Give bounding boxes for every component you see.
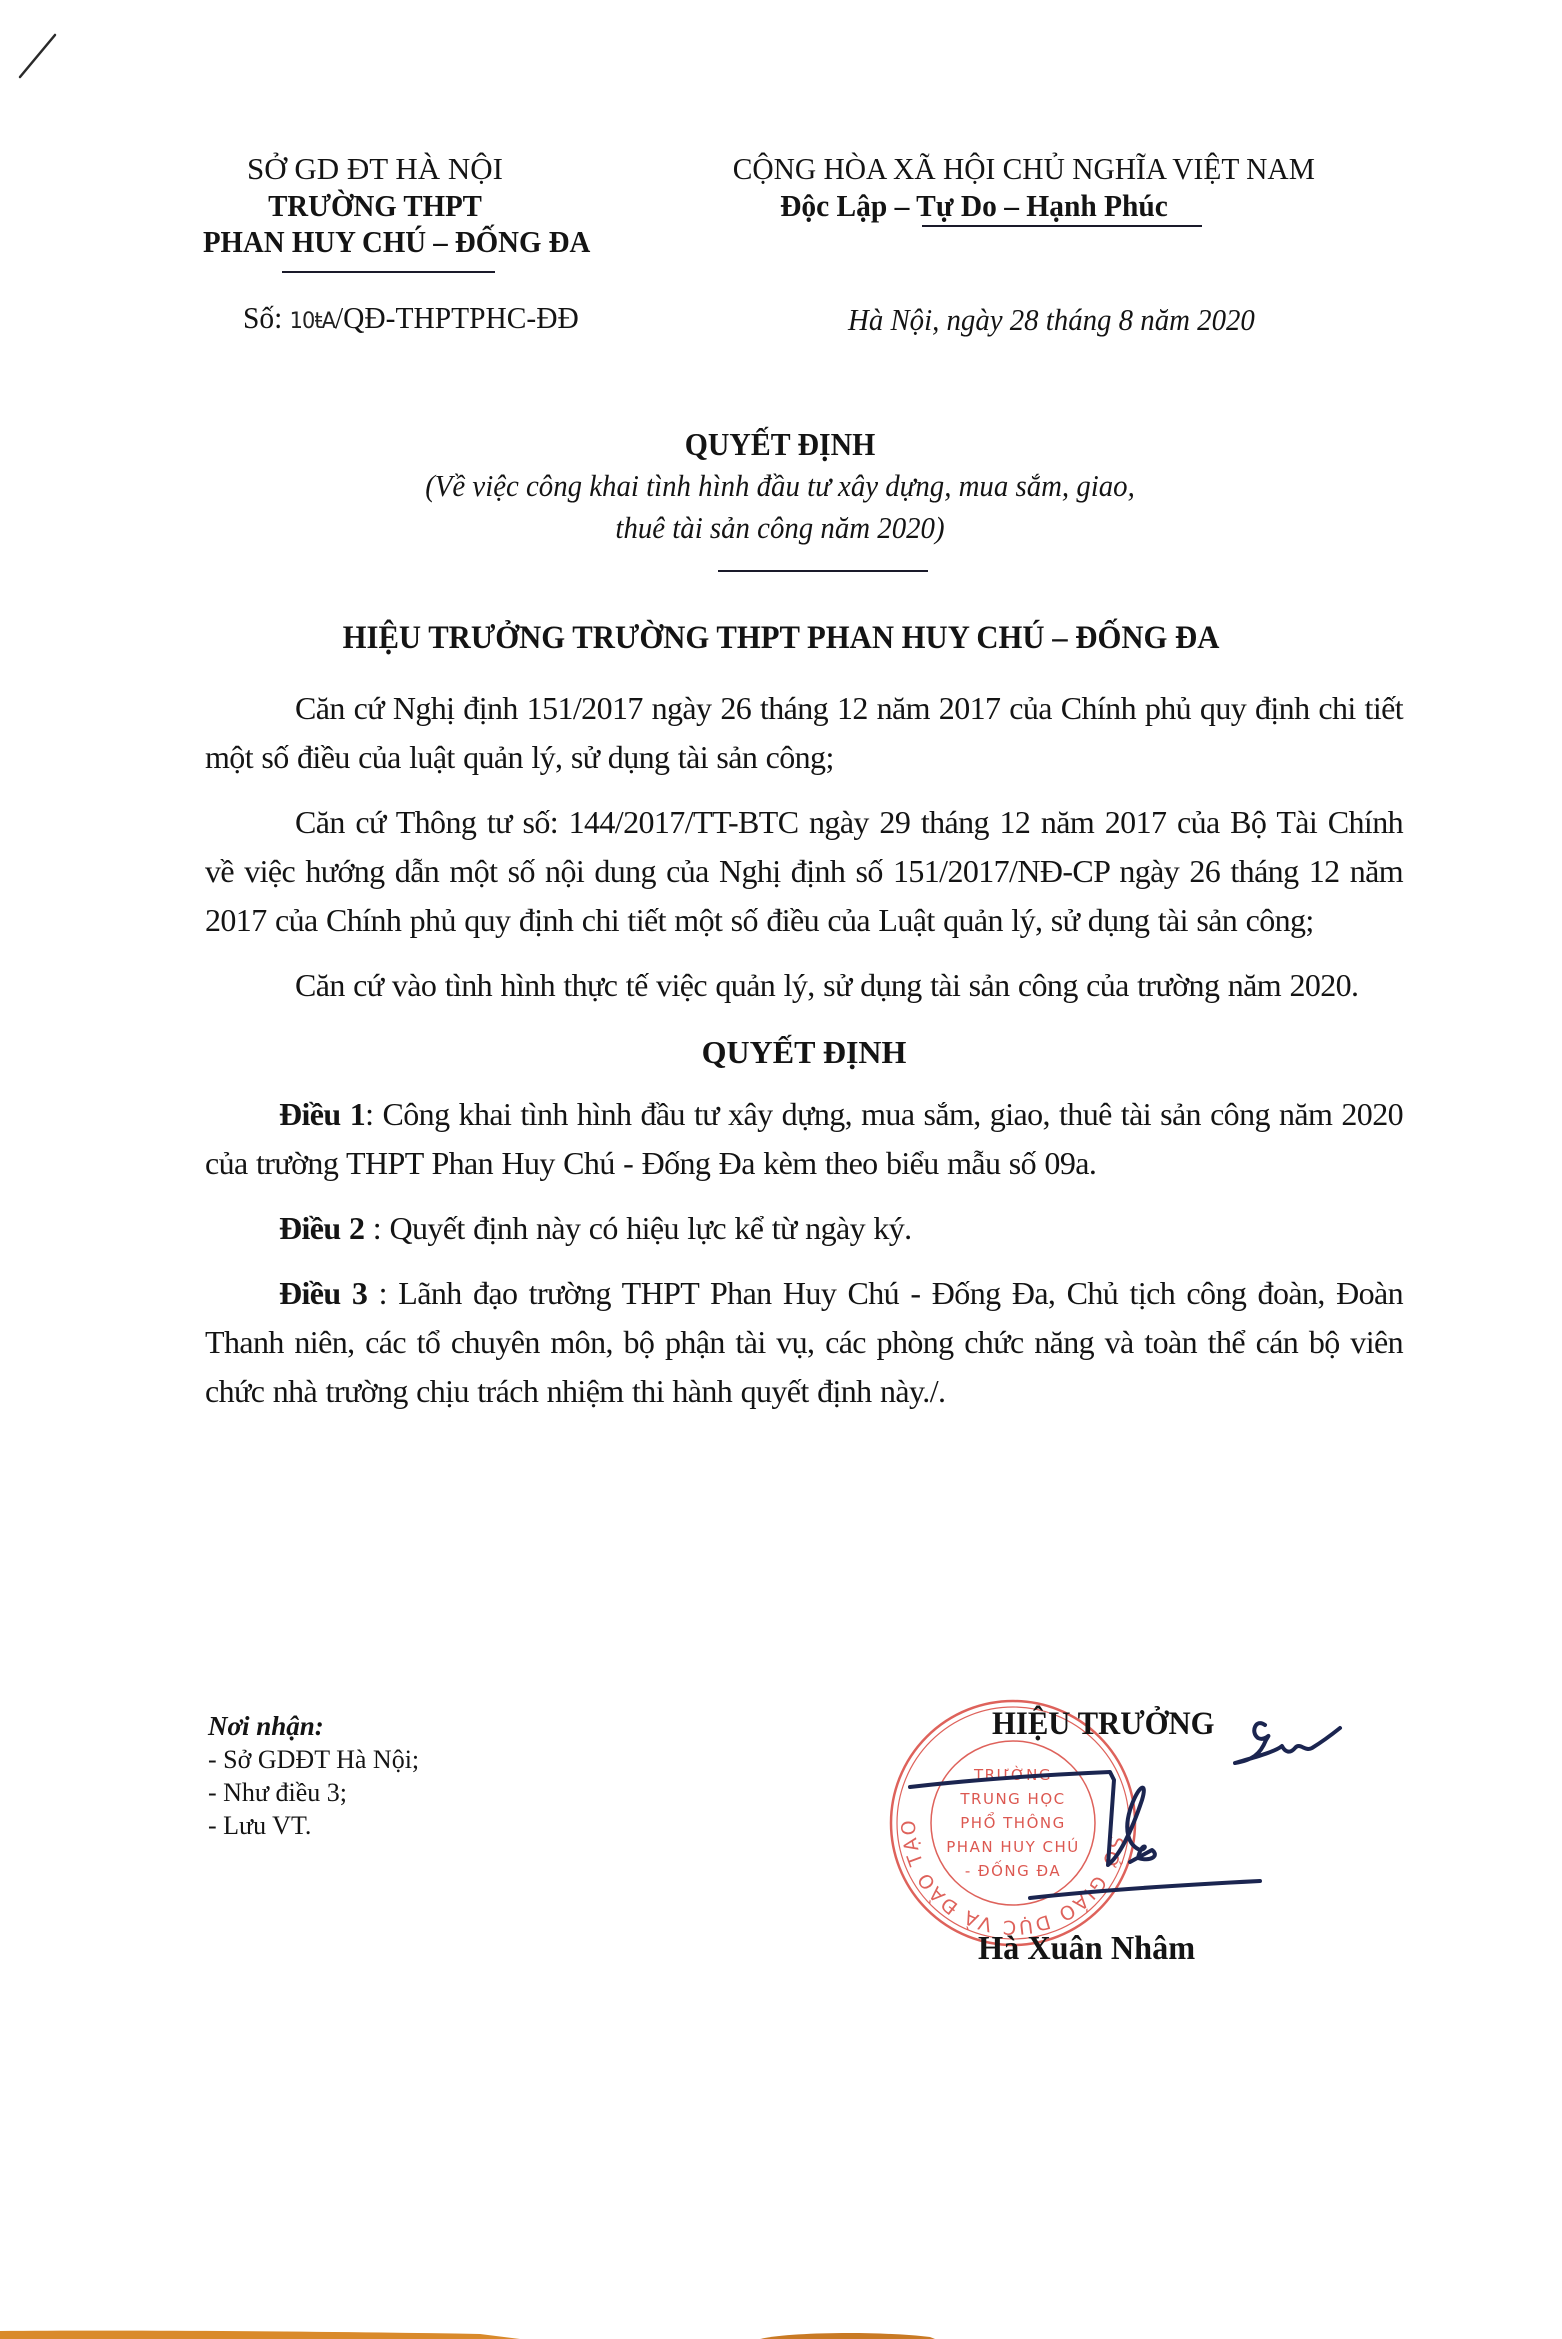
country-name: CỘNG HÒA XÃ HỘI CHỦ NGHĨA VIỆT NAM — [733, 150, 1216, 188]
article-label: Điều 2 — [279, 1210, 364, 1246]
title-divider — [718, 570, 928, 572]
document-number-prefix: Số: — [243, 300, 282, 335]
document-number-suffix: /QĐ-THPTPHC-ĐĐ — [335, 300, 579, 335]
decision-heading: QUYẾT ĐỊNH — [205, 1026, 1403, 1078]
article-2: Điều 2 : Quyết định này có hiệu lực kể t… — [205, 1204, 1403, 1253]
document-title: QUYẾT ĐỊNH — [315, 423, 1245, 465]
document-body: Căn cứ Nghị định 151/2017 ngày 26 tháng … — [205, 684, 1403, 1432]
article-label: Điều 3 — [279, 1275, 367, 1311]
place-and-date: Hà Nội, ngày 28 tháng 8 năm 2020 — [848, 302, 1255, 338]
preamble-paragraph: Căn cứ vào tình hình thực tế việc quản l… — [205, 961, 1403, 1010]
issuing-authority-block: SỞ GD ĐT HÀ NỘI TRƯỜNG THPT PHAN HUY CHÚ… — [190, 150, 560, 260]
national-motto: Độc Lập – Tự Do – Hạnh Phúc — [733, 188, 1216, 224]
article-3: Điều 3 : Lãnh đạo trường THPT Phan Huy C… — [205, 1269, 1403, 1416]
document-title-block: QUYẾT ĐỊNH (Về việc công khai tình hình … — [280, 423, 1280, 549]
preamble-paragraph: Căn cứ Thông tư số: 144/2017/TT-BTC ngày… — [205, 798, 1403, 945]
signer-name: Hà Xuân Nhâm — [978, 1930, 1195, 1968]
school-name: PHAN HUY CHÚ – ĐỐNG ĐA — [203, 224, 547, 260]
article-text: Quyết định này có hiệu lực kể từ ngày ký… — [390, 1210, 912, 1246]
recipient-item: - Lưu VT. — [208, 1809, 419, 1842]
handwritten-number: 10ŧA — [290, 309, 335, 334]
national-motto-block: CỘNG HÒA XÃ HỘI CHỦ NGHĨA VIỆT NAM Độc L… — [720, 150, 1228, 224]
preamble-paragraph: Căn cứ Nghị định 151/2017 ngày 26 tháng … — [205, 684, 1403, 782]
document-number: Số: 10ŧA/QĐ-THPTPHC-ĐĐ — [243, 300, 579, 336]
document-subtitle-line2: thuê tài sản công năm 2020) — [315, 507, 1245, 549]
recipient-item: - Sở GDĐT Hà Nội; — [208, 1743, 419, 1776]
recipient-item: - Như điều 3; — [208, 1776, 419, 1809]
document-subtitle-line1: (Về việc công khai tình hình đầu tư xây … — [315, 465, 1245, 507]
school-type: TRƯỜNG THPT — [203, 188, 547, 224]
department-name: SỞ GD ĐT HÀ NỘI — [190, 150, 560, 188]
article-label: Điều 1 — [279, 1096, 365, 1132]
issuer-heading: HIỆU TRƯỞNG TRƯỜNG THPT PHAN HUY CHÚ – Đ… — [241, 620, 1322, 657]
recipients-heading: Nơi nhận: — [208, 1710, 419, 1743]
header-left-divider — [282, 271, 495, 273]
article-1: Điều 1: Công khai tình hình đầu tư xây d… — [205, 1090, 1403, 1188]
recipients-block: Nơi nhận: - Sở GDĐT Hà Nội; - Như điều 3… — [208, 1710, 419, 1842]
header-right-divider — [922, 225, 1202, 227]
pen-stroke-mark — [10, 25, 70, 85]
article-text: Công khai tình hình đầu tư xây dựng, mua… — [205, 1096, 1403, 1181]
paper-edge-strip — [0, 2328, 1562, 2339]
